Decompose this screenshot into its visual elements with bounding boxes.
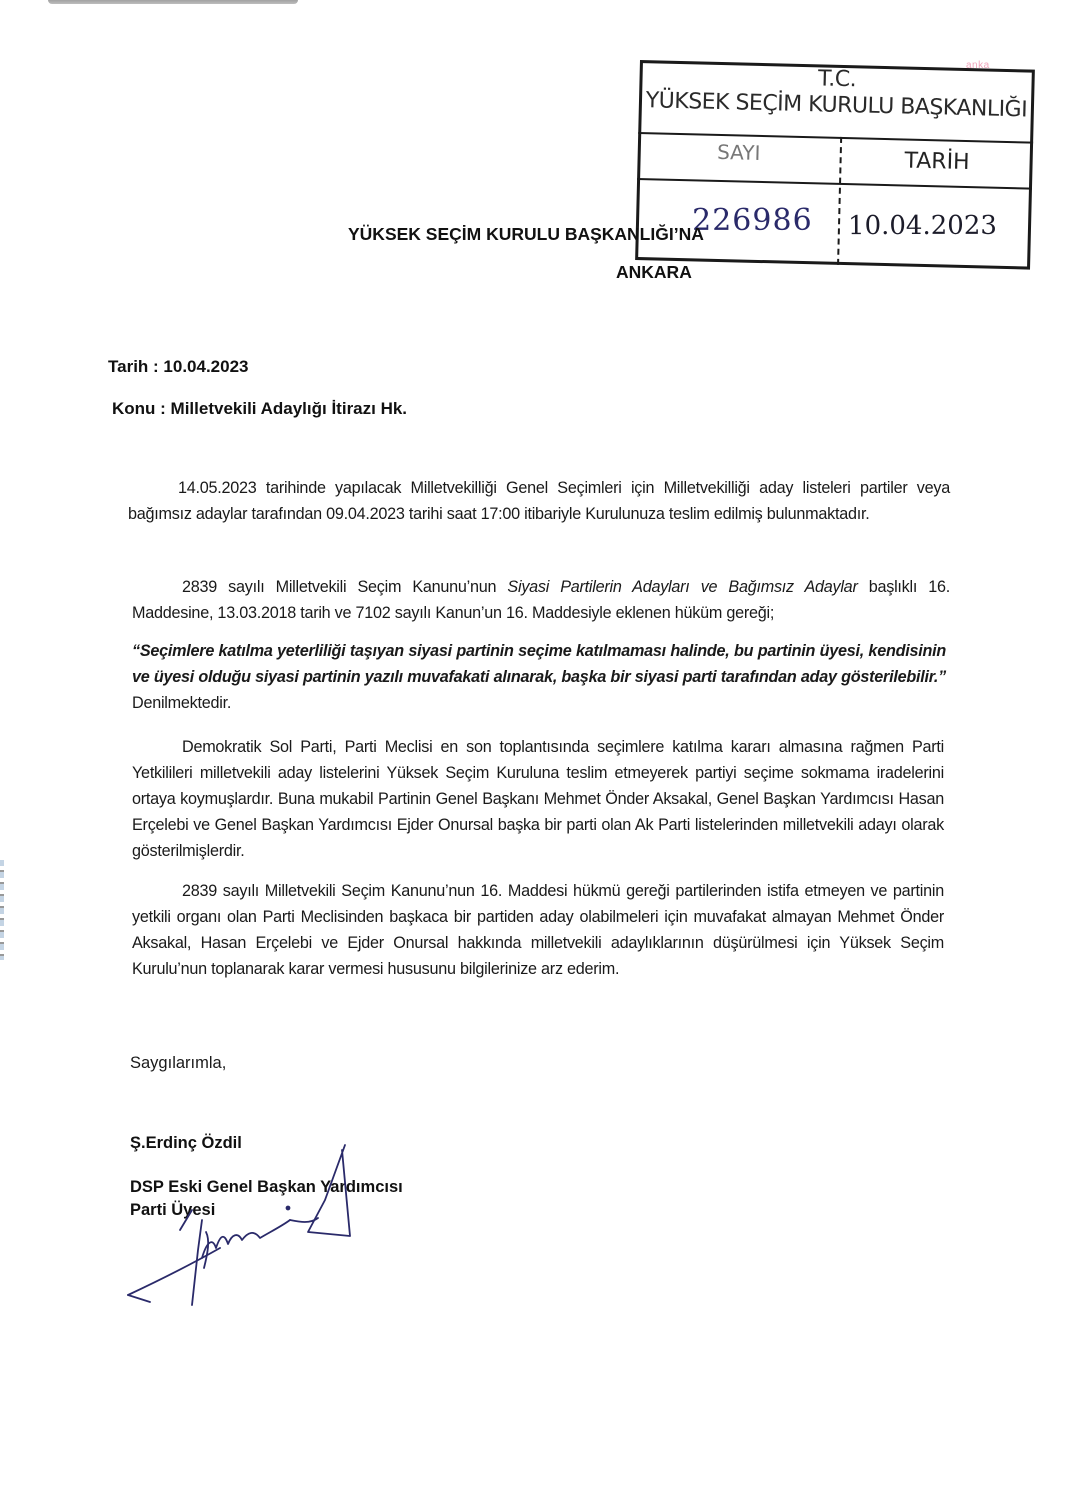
paragraph-4: Demokratik Sol Parti, Parti Meclisi en s…: [132, 734, 944, 864]
legal-quote-text: “Seçimlere katılma yeterliliği taşıyan s…: [132, 642, 946, 686]
letter-subject: Konu : Milletvekili Adaylığı İtirazı Hk.: [112, 399, 407, 419]
paragraph-2-text: 2839 sayılı Milletvekili Seçim Kanunu’nu…: [182, 578, 507, 596]
paragraph-4-text: Demokratik Sol Parti, Parti Meclisi en s…: [132, 738, 944, 860]
closing-salutation: Saygılarımla,: [130, 1054, 226, 1073]
paragraph-5: 2839 sayılı Milletvekili Seçim Kanunu’nu…: [132, 878, 944, 982]
stamp-tarih-value: 10.04.2023: [848, 211, 997, 241]
recipient-city: ANKARA: [616, 262, 692, 283]
legal-quote: “Seçimlere katılma yeterliliği taşıyan s…: [132, 638, 946, 716]
scan-edge-artifact: [0, 860, 4, 960]
legal-quote-tail: Denilmektedir.: [132, 694, 231, 712]
paragraph-1-text: 14.05.2023 tarihinde yapılacak Milletvek…: [128, 479, 950, 523]
scan-edge-artifact: [48, 0, 298, 4]
recipient-heading: YÜKSEK SEÇİM KURULU BAŞKANLIĞI’NA: [348, 224, 704, 245]
stamp-sayi-label: SAYI: [638, 138, 841, 167]
law-section-title: Siyasi Partilerin Adayları ve Bağımsız A…: [507, 578, 857, 596]
letter-date: Tarih : 10.04.2023: [108, 357, 249, 377]
paragraph-2: 2839 sayılı Milletvekili Seçim Kanunu’nu…: [132, 574, 950, 626]
paragraph-5-text: 2839 sayılı Milletvekili Seçim Kanunu’nu…: [132, 882, 944, 978]
paragraph-1: 14.05.2023 tarihinde yapılacak Milletvek…: [128, 475, 950, 527]
stamp-title: T.C. YÜKSEK SEÇİM KURULU BAŞKANLIĞI: [638, 62, 1035, 142]
handwritten-signature-icon: [120, 1140, 360, 1320]
stamp-sayi-value: 226986: [692, 203, 813, 238]
stamp-tarih-label: TARİH: [841, 147, 1033, 177]
